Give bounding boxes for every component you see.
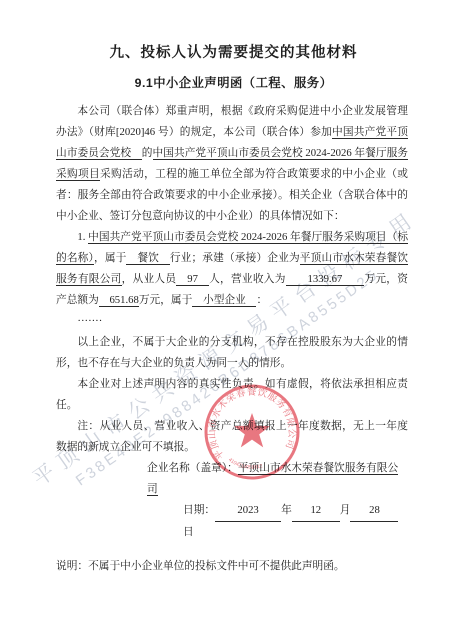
text-run: 以上企业，不属于大企业的分支机构，不存在控股股东为大企业的情形，也不存在与大企业… — [56, 336, 408, 369]
filled-blank: 97 — [176, 273, 209, 286]
paragraph: 1. 中国共产党平顶山市委员会党校 2024-2026 年餐厅服务采购项目（标的… — [56, 227, 408, 311]
date-month-value: 12 — [292, 500, 340, 522]
footnote-text: 说明：不属于中小企业单位的投标文件中可不提供此声明函。 — [56, 560, 345, 572]
date-month-unit: 月 — [340, 504, 351, 516]
paragraph: 本企业对上述声明内容的真实性负责。如有虚假，将依法承担相应责任。 — [56, 374, 408, 416]
text-run: 人，营业收入为 — [209, 273, 286, 285]
date-year-value: 2023 — [215, 500, 281, 522]
date-label: 日期： — [183, 504, 215, 516]
text-run: 1. — [77, 231, 88, 243]
document-body: 本公司（联合体）郑重声明，根据《政府采购促进中小企业发展管理办法》（财库[202… — [56, 101, 408, 458]
text-run: ，从业人员 — [122, 273, 177, 285]
text-run: 行业；承建（承接）企业为 — [170, 252, 300, 264]
text-run: 注：从业人员、营业收入、资产总额填报上一年度数据，无上一年度数据的新成立企业可不… — [56, 420, 408, 453]
company-name-line: 企业名称（盖章）：平顶山市水木荣春餐饮服务有限公司 — [56, 458, 408, 500]
filled-blank: 小型企业 — [192, 294, 256, 307]
text-run: 本企业对上述声明内容的真实性负责。如有虚假，将依法承担相应责任。 — [56, 378, 408, 411]
date-year-unit: 年 — [281, 504, 292, 516]
paragraph: 注：从业人员、营业收入、资产总额填报上一年度数据，无上一年度数据的新成立企业可不… — [56, 416, 408, 458]
document-page: 平顶山市公共资源交易平台投标专用 F38E40E21988420B6D8786B… — [0, 0, 467, 625]
paragraph: 以上企业，不属于大企业的分支机构，不存在控股股东为大企业的情形，也不存在与大企业… — [56, 332, 408, 374]
date-day-value: 28 — [350, 500, 398, 522]
text-run: ，属于 — [94, 252, 127, 264]
filled-blank: 651.68 — [99, 294, 139, 307]
footnote: 说明：不属于中小企业单位的投标文件中可不提供此声明函。 — [56, 556, 408, 577]
paragraph: 本公司（联合体）郑重声明，根据《政府采购促进中小企业发展管理办法》（财库[202… — [56, 101, 408, 227]
date-line: 日期：2023年12月28日 — [56, 500, 408, 543]
text-run: ： — [256, 294, 267, 306]
text-run: 万元，属于 — [139, 294, 192, 306]
text-run: 的 — [142, 147, 153, 159]
page-title: 九、投标人认为需要提交的其他材料 — [0, 0, 467, 61]
paragraph: ······· — [56, 311, 408, 332]
text-run: 采购活动，工程的施工单位全部为符合政策要求的中小企业（或者：服务全部由符合政策要… — [56, 168, 408, 222]
date-day-unit: 日 — [183, 526, 194, 538]
text-run: ······· — [77, 315, 102, 327]
filled-blank: 1339.67 — [286, 273, 365, 286]
section-title: 9.1中小企业声明函（工程、服务） — [0, 77, 467, 90]
company-name-label: 企业名称（盖章）： — [147, 462, 238, 474]
filled-blank: 餐饮 — [126, 252, 169, 265]
